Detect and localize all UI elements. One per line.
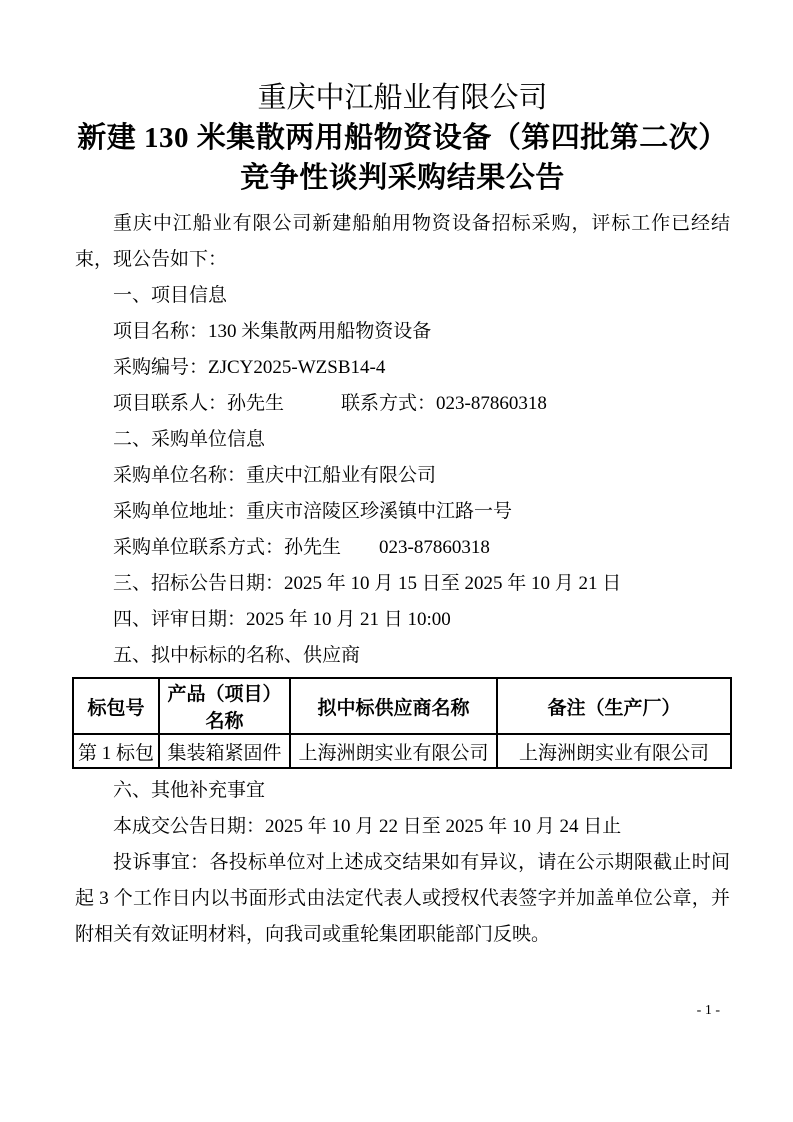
document-title-line1: 新建 130 米集散两用船物资设备（第四批第二次） — [75, 118, 730, 158]
header-remark-manufacturer: 备注（生产厂） — [497, 678, 731, 734]
company-title: 重庆中江船业有限公司 — [75, 78, 730, 118]
table-header-row: 标包号 产品（项目）名称 拟中标供应商名称 备注（生产厂） — [73, 678, 731, 734]
cell-product-name: 集装箱紧固件 — [159, 734, 290, 768]
purchaser-contact-line: 采购单位联系方式：孙先生 023-87860318 — [75, 530, 730, 566]
purchaser-name-line: 采购单位名称：重庆中江船业有限公司 — [75, 458, 730, 494]
document-page: 重庆中江船业有限公司 新建 130 米集散两用船物资设备（第四批第二次） 竞争性… — [0, 0, 793, 1122]
project-name-line: 项目名称：130 米集散两用船物资设备 — [75, 314, 730, 350]
section5-heading: 五、拟中标标的名称、供应商 — [75, 638, 730, 674]
purchaser-address-line: 采购单位地址：重庆市涪陵区珍溪镇中江路一号 — [75, 494, 730, 530]
intro-paragraph: 重庆中江船业有限公司新建船舶用物资设备招标采购，评标工作已经结束，现公告如下： — [75, 206, 730, 278]
header-package-number: 标包号 — [73, 678, 159, 734]
document-title-line2: 竞争性谈判采购结果公告 — [75, 158, 730, 198]
section6-heading: 六、其他补充事宜 — [75, 773, 730, 809]
award-result-table: 标包号 产品（项目）名称 拟中标供应商名称 备注（生产厂） 第 1 标包 集装箱… — [72, 677, 732, 769]
procurement-number-line: 采购编号：ZJCY2025-WZSB14-4 — [75, 350, 730, 386]
header-product-name: 产品（项目）名称 — [159, 678, 290, 734]
table-row: 第 1 标包 集装箱紧固件 上海洲朗实业有限公司 上海洲朗实业有限公司 — [73, 734, 731, 768]
cell-remark-manufacturer: 上海洲朗实业有限公司 — [497, 734, 731, 768]
section3-heading: 三、招标公告日期：2025 年 10 月 15 日至 2025 年 10 月 2… — [75, 566, 730, 602]
section4-heading: 四、评审日期：2025 年 10 月 21 日 10:00 — [75, 602, 730, 638]
award-announcement-date-line: 本成交公告日期：2025 年 10 月 22 日至 2025 年 10 月 24… — [75, 809, 730, 845]
section2-heading: 二、采购单位信息 — [75, 422, 730, 458]
cell-package-number: 第 1 标包 — [73, 734, 159, 768]
header-supplier-name: 拟中标供应商名称 — [290, 678, 497, 734]
document-content: 重庆中江船业有限公司 新建 130 米集散两用船物资设备（第四批第二次） 竞争性… — [75, 78, 730, 953]
complaint-paragraph: 投诉事宜：各投标单位对上述成交结果如有异议，请在公示期限截止时间起 3 个工作日… — [75, 845, 730, 953]
cell-supplier-name: 上海洲朗实业有限公司 — [290, 734, 497, 768]
page-number: - 1 - — [697, 1002, 720, 1020]
project-contact-line: 项目联系人：孙先生 联系方式：023-87860318 — [75, 386, 730, 422]
section1-heading: 一、项目信息 — [75, 278, 730, 314]
